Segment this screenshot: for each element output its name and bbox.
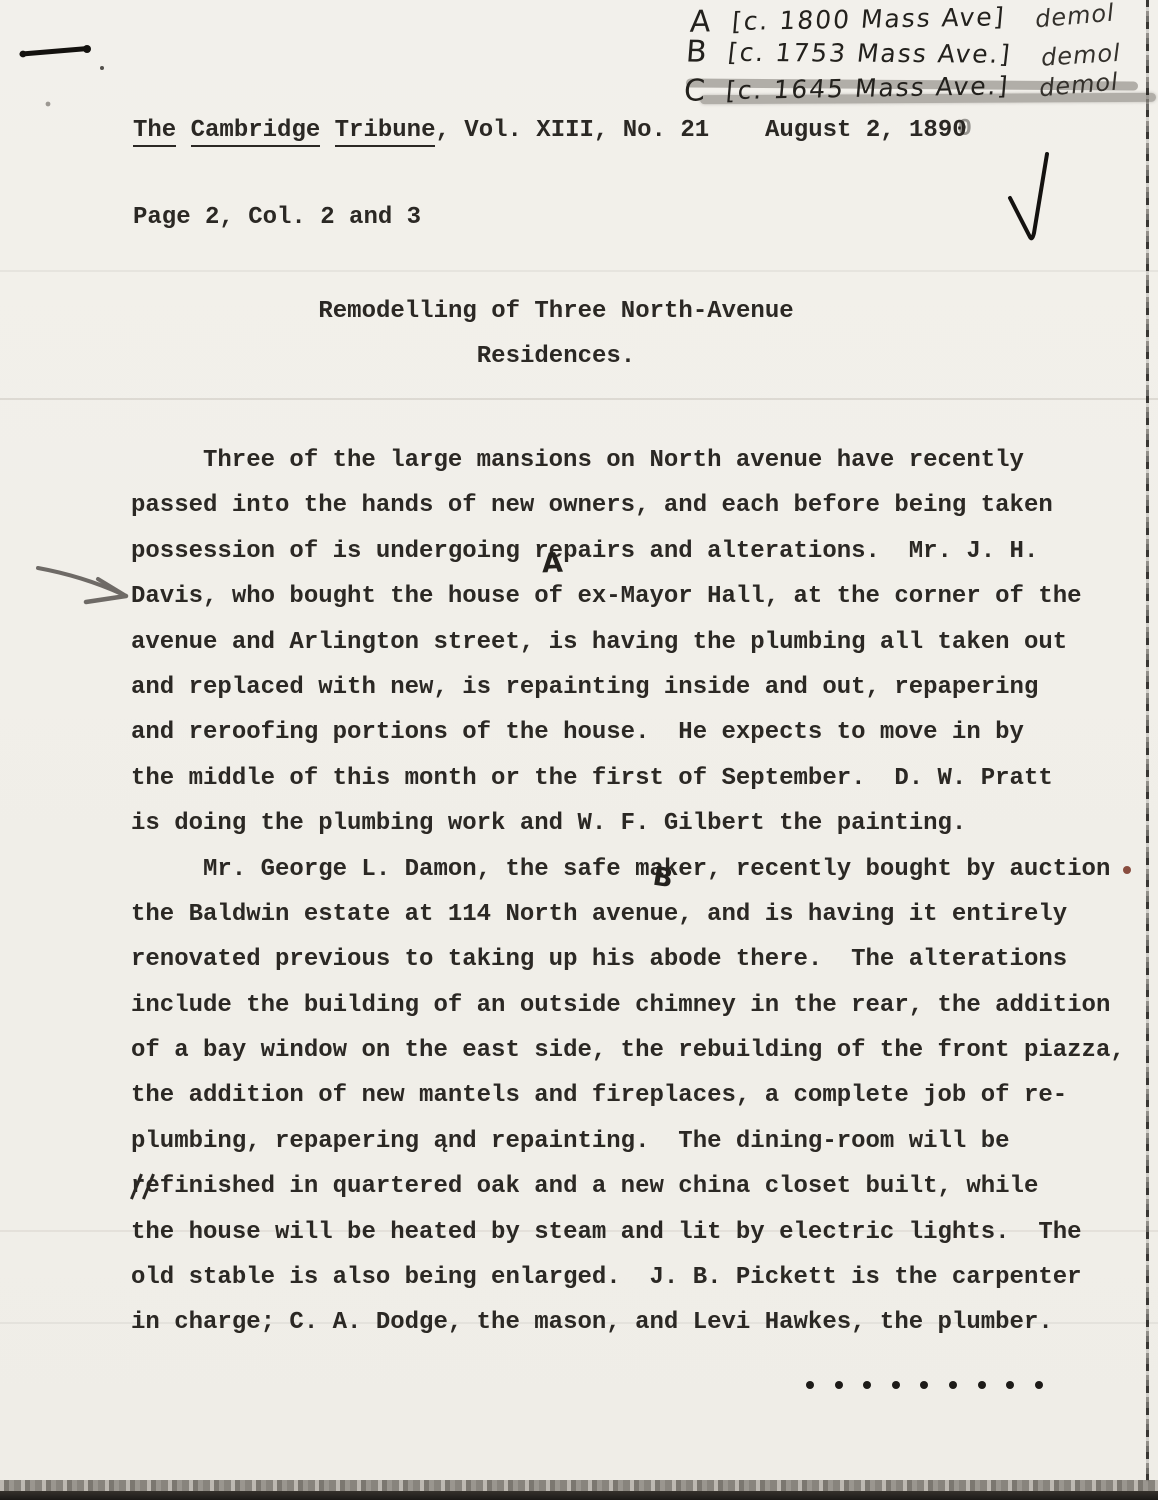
typed-line: and replaced with new, is repainting ins… (131, 665, 1125, 710)
typed-line: of a bay window on the east side, the re… (131, 1028, 1125, 1073)
end-dot (892, 1381, 900, 1389)
ink-speck (1123, 866, 1131, 874)
typed-line: Three of the large mansions on North ave… (131, 438, 1125, 483)
scan-streak (0, 270, 1158, 272)
end-dot (835, 1381, 843, 1389)
article-title: Remodelling of Three North-Avenue Reside… (0, 289, 1112, 380)
masthead-line: The Cambridge Tribune, Vol. XIII, No. 21 (133, 116, 709, 146)
end-dot (1006, 1381, 1014, 1389)
masthead-volume: , Vol. XIII, No. 21 (435, 117, 709, 144)
typed-line: the middle of this month or the first of… (131, 756, 1125, 801)
annotation-row-a: A [c. 1800 Mass Ave] demol (690, 0, 1116, 40)
checkmark-icon (985, 140, 1075, 260)
end-dot (920, 1381, 928, 1389)
typed-line: avenue and Arlington street, is having t… (131, 620, 1125, 665)
insertion-mark-a: A (541, 548, 563, 580)
typed-line: in charge; C. A. Dodge, the mason, and L… (131, 1300, 1125, 1345)
scan-edge-right (1146, 0, 1149, 1482)
typed-line: is doing the plumbing work and W. F. Gil… (131, 801, 1125, 846)
annotation-letter: B (685, 35, 730, 69)
end-dot (978, 1381, 986, 1389)
annotation-letter: C (683, 74, 727, 109)
annotation-address: [c. 1800 Mass Ave] (731, 0, 1007, 39)
typed-line: renovated previous to taking up his abod… (131, 937, 1125, 982)
typed-line: old stable is also being enlarged. J. B.… (131, 1255, 1125, 1300)
typed-line: include the building of an outside chimn… (131, 983, 1125, 1028)
annotation-note: demol (1038, 64, 1120, 105)
typed-line: possession of is undergoing repairs and … (131, 529, 1125, 574)
end-dots (806, 1381, 1043, 1389)
arrow-annotation-icon (22, 552, 137, 614)
page-reference: Page 2, Col. 2 and 3 (133, 203, 421, 233)
scan-streak (0, 398, 1158, 400)
typed-line: and reroofing portions of the house. He … (131, 710, 1125, 755)
end-dot (949, 1381, 957, 1389)
masthead-title-word: The (133, 117, 176, 147)
masthead-title-word: Tribune (335, 117, 436, 147)
article-body: Three of the large mansions on North ave… (131, 438, 1125, 1346)
annotation-row-c: C [c. 1645 Mass Ave.] demol (684, 67, 1120, 109)
annotation-address: [c. 1753 Mass Ave.] (726, 36, 1013, 72)
annotation-address: [c. 1645 Mass Ave.] (725, 69, 1011, 108)
masthead-date: August 2, 18900 (765, 116, 972, 146)
typed-line: the Baldwin estate at 114 North avenue, … (131, 892, 1125, 937)
end-dot (863, 1381, 871, 1389)
scanned-document-page: A [c. 1800 Mass Ave] demol B [c. 1753 Ma… (0, 0, 1158, 1500)
overstruck-zero: 0 (958, 115, 972, 145)
annotation-row-b: B [c. 1753 Mass Ave.] demol (686, 35, 1121, 72)
typed-line: plumbing, repapering ąnd repainting. The… (131, 1119, 1125, 1164)
end-dot (1035, 1381, 1043, 1389)
end-dot (806, 1381, 814, 1389)
typed-line: refinished in quartered oak and a new ch… (131, 1164, 1125, 1209)
annotation-note: demol (1034, 0, 1116, 36)
masthead-title-word: Cambridge (191, 117, 321, 147)
typed-line: the addition of new mantels and fireplac… (131, 1073, 1125, 1118)
article-title-line2: Residences. (0, 334, 1112, 379)
article-title-line1: Remodelling of Three North-Avenue (0, 289, 1112, 334)
typed-line: the house will be heated by steam and li… (131, 1210, 1125, 1255)
typed-line: passed into the hands of new owners, and… (131, 483, 1125, 528)
typed-line: Mr. George L. Damon, the safe maker, rec… (131, 847, 1125, 892)
scan-edge-bottom (0, 1480, 1158, 1500)
pen-dash-icon (10, 40, 120, 120)
typed-line: Davis, who bought the house of ex-Mayor … (131, 574, 1125, 619)
